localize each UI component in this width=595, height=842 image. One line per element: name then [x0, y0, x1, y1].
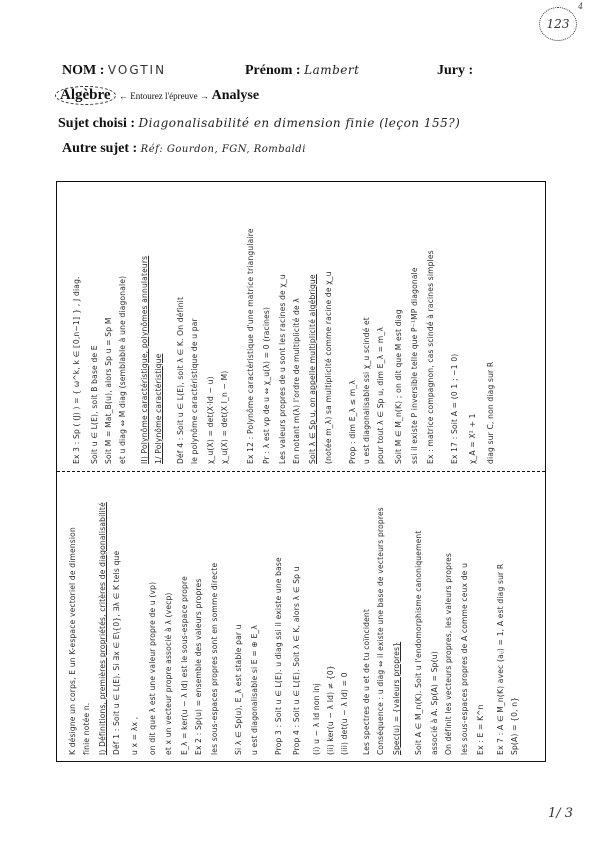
- handwritten-line: Pr : λ est vp de u ⇔ χ_u(λ) = 0 (racines…: [262, 307, 271, 464]
- handwritten-line: Ex 12 : Polynôme caractéristique d'une m…: [246, 228, 255, 464]
- handwritten-line: Ex 17 : Soit A = (0 1 ; −1 0): [450, 354, 459, 464]
- epreuve-line: Algèbre ← Entourez l'épreuve → Analyse: [55, 86, 259, 105]
- handwritten-line: Ex 7 : A ∈ M_n(K) avec (aᵢⱼ) = 1, A est …: [496, 564, 505, 755]
- handwritten-line: Ex : matrice compagnon, cas scindé à rac…: [426, 250, 435, 464]
- page-number: 123: [547, 17, 570, 31]
- autre-label: Autre sujet :: [62, 141, 137, 156]
- handwritten-line: on dit que λ est une valeur propre de u …: [148, 582, 157, 755]
- handwritten-line: le polynôme caractéristique de u par: [190, 318, 199, 464]
- jury-label: Jury :: [437, 63, 473, 78]
- prenom-label: Prénom :: [245, 63, 301, 78]
- handwritten-line: II) Polynôme caractéristique, polynômes …: [140, 256, 149, 464]
- nom-label: NOM :: [62, 63, 104, 78]
- nom-line: NOM : VOGTIN: [62, 63, 166, 79]
- handwritten-line: Ex : E = K^n: [476, 704, 485, 755]
- handwritten-line: On définit les vecteurs propres, les val…: [444, 553, 453, 755]
- handwritten-line: I) Définitions, premières propriétés, cr…: [98, 502, 107, 755]
- handwritten-line: Les valeurs propres de u sont les racine…: [278, 274, 287, 464]
- handwritten-line: (i) u − λ Id non inj: [312, 683, 321, 755]
- handwritten-line: Prop : dim E_λ ≤ m_λ: [348, 380, 357, 464]
- handwritten-line: Soit M ∈ M_n(K) ; on dit que M est diag: [394, 309, 403, 464]
- handwritten-line: Déf 4 : Soit u ∈ L(E), soit λ ∈ K. On dé…: [176, 297, 185, 464]
- handwritten-line: Ex 3 : Sp ( (J) ) = { ω^k, k ∈ ⟦0,n−1⟧ }…: [72, 276, 81, 464]
- handwritten-line: les sous-espaces propres de A comme ceux…: [460, 563, 469, 755]
- handwritten-line: Soit λ ∈ Sp u, on appelle multiplicité a…: [308, 274, 317, 464]
- epreuve-note: ← Entourez l'épreuve →: [119, 91, 209, 101]
- handwritten-line: K désigne un corps, E un K-espace vector…: [68, 527, 77, 755]
- handwritten-line: Les spectres de u et de tu coïncident: [362, 609, 371, 755]
- prenom-value: Lambert: [304, 63, 359, 77]
- handwritten-line: u est diagonalisable ssi χ_u scindé et: [362, 317, 371, 464]
- jury-line: Jury :: [437, 63, 473, 79]
- handwritten-line: et u diag ⇔ M diag (semblable à une diag…: [118, 276, 127, 464]
- handwritten-line: χ_u(X) = det(X·Id − u): [206, 376, 215, 464]
- autre-value: Réf: Gourdon, FGN, Rombaldi: [141, 144, 306, 155]
- handwritten-line: les sous-espaces propres sont en somme d…: [210, 563, 219, 755]
- handwritten-line: En notant m(λ) l'ordre de multiplicité d…: [292, 298, 301, 464]
- handwritten-line: Conséquence : u diag ⇔ il existe une bas…: [376, 507, 385, 755]
- handwritten-line: (notée m_λ) sa multiplicité comme racine…: [324, 271, 333, 464]
- handwritten-line: Prop 4 : Soit u ∈ L(E). Soit λ ∈ K, alor…: [292, 566, 301, 755]
- handwritten-line: pour tout λ ∈ Sp u, dim E_λ = m_λ: [376, 327, 385, 464]
- sujet-line: Sujet choisi : Diagonalisabilité en dime…: [58, 116, 460, 132]
- page-number-circle: 123: [539, 7, 577, 41]
- epreuve-other: Analyse: [212, 88, 259, 103]
- handwritten-line: Spec(u) = {valeurs propres}: [392, 642, 401, 755]
- handwritten-line: ssi il existe P inversible telle que P⁻¹…: [410, 267, 419, 464]
- handwritten-line: u est diagonalisable si E = ⊕ E_λ: [250, 625, 259, 755]
- handwritten-line: χ_A = X² + 1: [468, 413, 477, 464]
- handwritten-line: Si λ ∈ Sp(u), E_λ est stable par u: [234, 624, 243, 755]
- handwritten-line: (iii) det(u − λ Id) = 0: [340, 672, 349, 755]
- handwritten-line: Ex 2 : Sp(u) = ensemble des valeurs prop…: [194, 579, 203, 755]
- handwritten-line: et x un vecteur propre associé à λ (vecp…: [164, 592, 173, 755]
- handwritten-line: 1/ Polynôme caractéristique: [154, 354, 163, 464]
- handwritten-line: (ii) ker(u − λ Id) ≠ {0}: [326, 665, 335, 755]
- handwritten-line: Sp(A) = {0, n}: [510, 697, 519, 755]
- handwritten-line: χ_u(X) = det(X I_n − M): [220, 371, 229, 464]
- page-number-superscript: 4: [578, 2, 583, 11]
- prenom-line: Prénom : Lambert: [245, 63, 359, 79]
- handwritten-line: Soit M = Mat_B(u), alors Sp u = Sp M: [104, 318, 113, 465]
- handwritten-line: diag sur C, non diag sur R: [486, 362, 495, 464]
- handwritten-line: Soit A ∈ M_n(K). Soit u l'endomorphisme …: [414, 531, 423, 756]
- autre-sujet-line: Autre sujet : Réf: Gourdon, FGN, Rombald…: [62, 141, 306, 157]
- handwritten-line: E_λ = ker(u − λ Id) est le sous-espace p…: [180, 576, 189, 755]
- handwritten-line: finie notée n.: [82, 703, 91, 755]
- handwritten-line: Prop 3 : Soit u ∈ L(E). u diag ssi il ex…: [274, 557, 283, 755]
- nom-value: VOGTIN: [108, 63, 166, 77]
- handwritten-line: u x = λx ,: [130, 717, 139, 755]
- sujet-value: Diagonalisabilité en dimension finie (le…: [139, 116, 461, 130]
- page-count: 1/ 3: [548, 806, 573, 821]
- plan-top-section: Ex 3 : Sp ( (J) ) = { ω^k, k ∈ ⟦0,n−1⟧ }…: [57, 182, 545, 470]
- plan-box: Ex 3 : Sp ( (J) ) = { ω^k, k ∈ ⟦0,n−1⟧ }…: [56, 181, 546, 762]
- handwritten-line: Soit u ∈ L(E), soit B base de E: [90, 345, 99, 464]
- plan-bottom-section: K désigne un corps, E un K-espace vector…: [57, 472, 545, 761]
- sujet-label: Sujet choisi :: [58, 116, 135, 131]
- epreuve-selected-circled: Algèbre: [55, 86, 116, 105]
- handwritten-line: Déf 1 : Soit u ∈ L(E). Si ∃x ∈ E\{0}, ∃λ…: [112, 551, 121, 755]
- handwritten-line: associé à A. Sp(A) = Sp(u): [430, 651, 439, 755]
